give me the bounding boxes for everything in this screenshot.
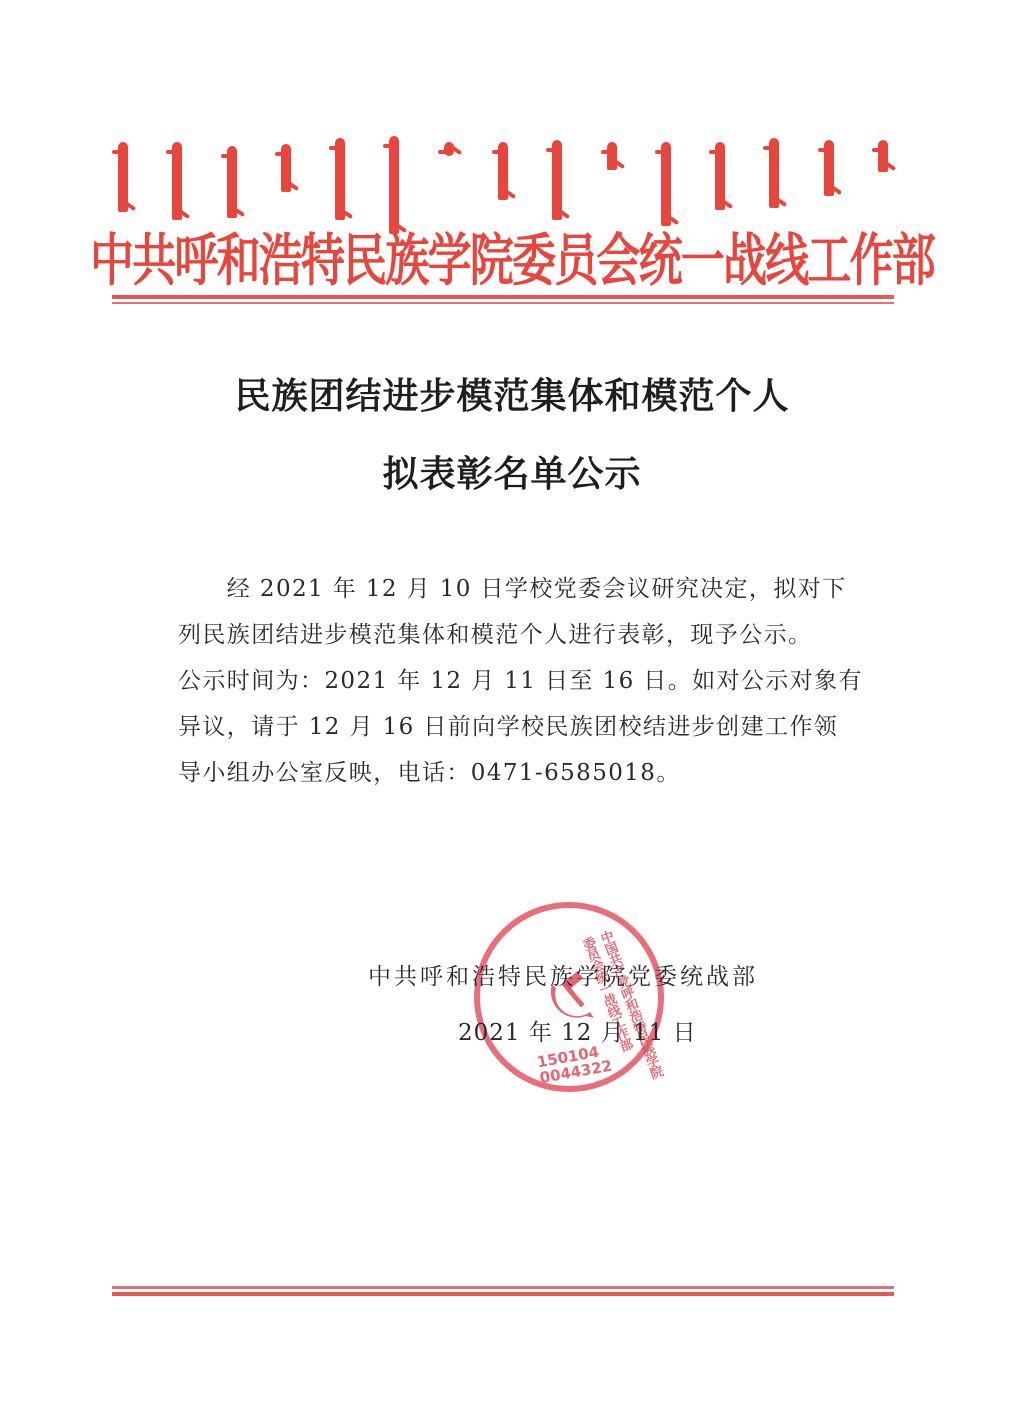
body-line: 经 2021 年 12 月 10 日学校党委会议研究决定，拟对下 (178, 566, 858, 612)
footer-rule-thick (112, 1292, 894, 1296)
mongolian-word (878, 140, 888, 172)
mongolian-word (335, 138, 345, 220)
footer-rule-thin (112, 1286, 894, 1289)
notice-body: 经 2021 年 12 月 10 日学校党委会议研究决定，拟对下 列民族团结进步… (178, 566, 858, 796)
seal-code: 150104 0044322 (536, 1042, 614, 1086)
organization-header: 中共呼和浩特民族学院委员会统一战线工作部 (0, 214, 1024, 296)
body-line: 异议，请于 12 月 16 日前向学校民族团校结进步创建工作领 (178, 704, 858, 750)
mongolian-word (227, 146, 237, 218)
document-title-line1: 民族团结进步模范集体和模范个人 (0, 368, 1024, 419)
mongolian-word (118, 142, 128, 212)
mongolian-word (769, 138, 779, 208)
issue-date: 2021 年 12 月 11 日 (458, 1014, 697, 1047)
header-rule-thick (112, 295, 894, 299)
mongolian-word (607, 142, 617, 170)
body-line: 列民族团结进步模范集体和模范个人进行表彰，现予公示。 (178, 612, 858, 658)
mongolian-word (281, 144, 291, 192)
mongolian-word (552, 140, 562, 220)
header-rule-thin (112, 302, 894, 304)
mongolian-word (824, 140, 834, 196)
official-seal: 中国共产党呼和浩特民族学院委员会统一战线工作部 150104 0044322 (474, 902, 664, 1092)
body-line: 公示时间为：2021 年 12 月 11 日至 16 日。如对公示对象有 (178, 658, 858, 704)
mongolian-word (715, 142, 725, 210)
mongolian-word (444, 142, 454, 156)
issuer-signature: 中共呼和浩特民族学院党委统战部 (368, 958, 758, 991)
mongolian-header (118, 128, 888, 218)
mongolian-word (498, 142, 508, 200)
body-line: 导小组办公室反映，电话：0471-6585018。 (178, 750, 858, 796)
mongolian-word (172, 142, 182, 220)
document-title-line2: 拟表彰名单公示 (0, 446, 1024, 497)
